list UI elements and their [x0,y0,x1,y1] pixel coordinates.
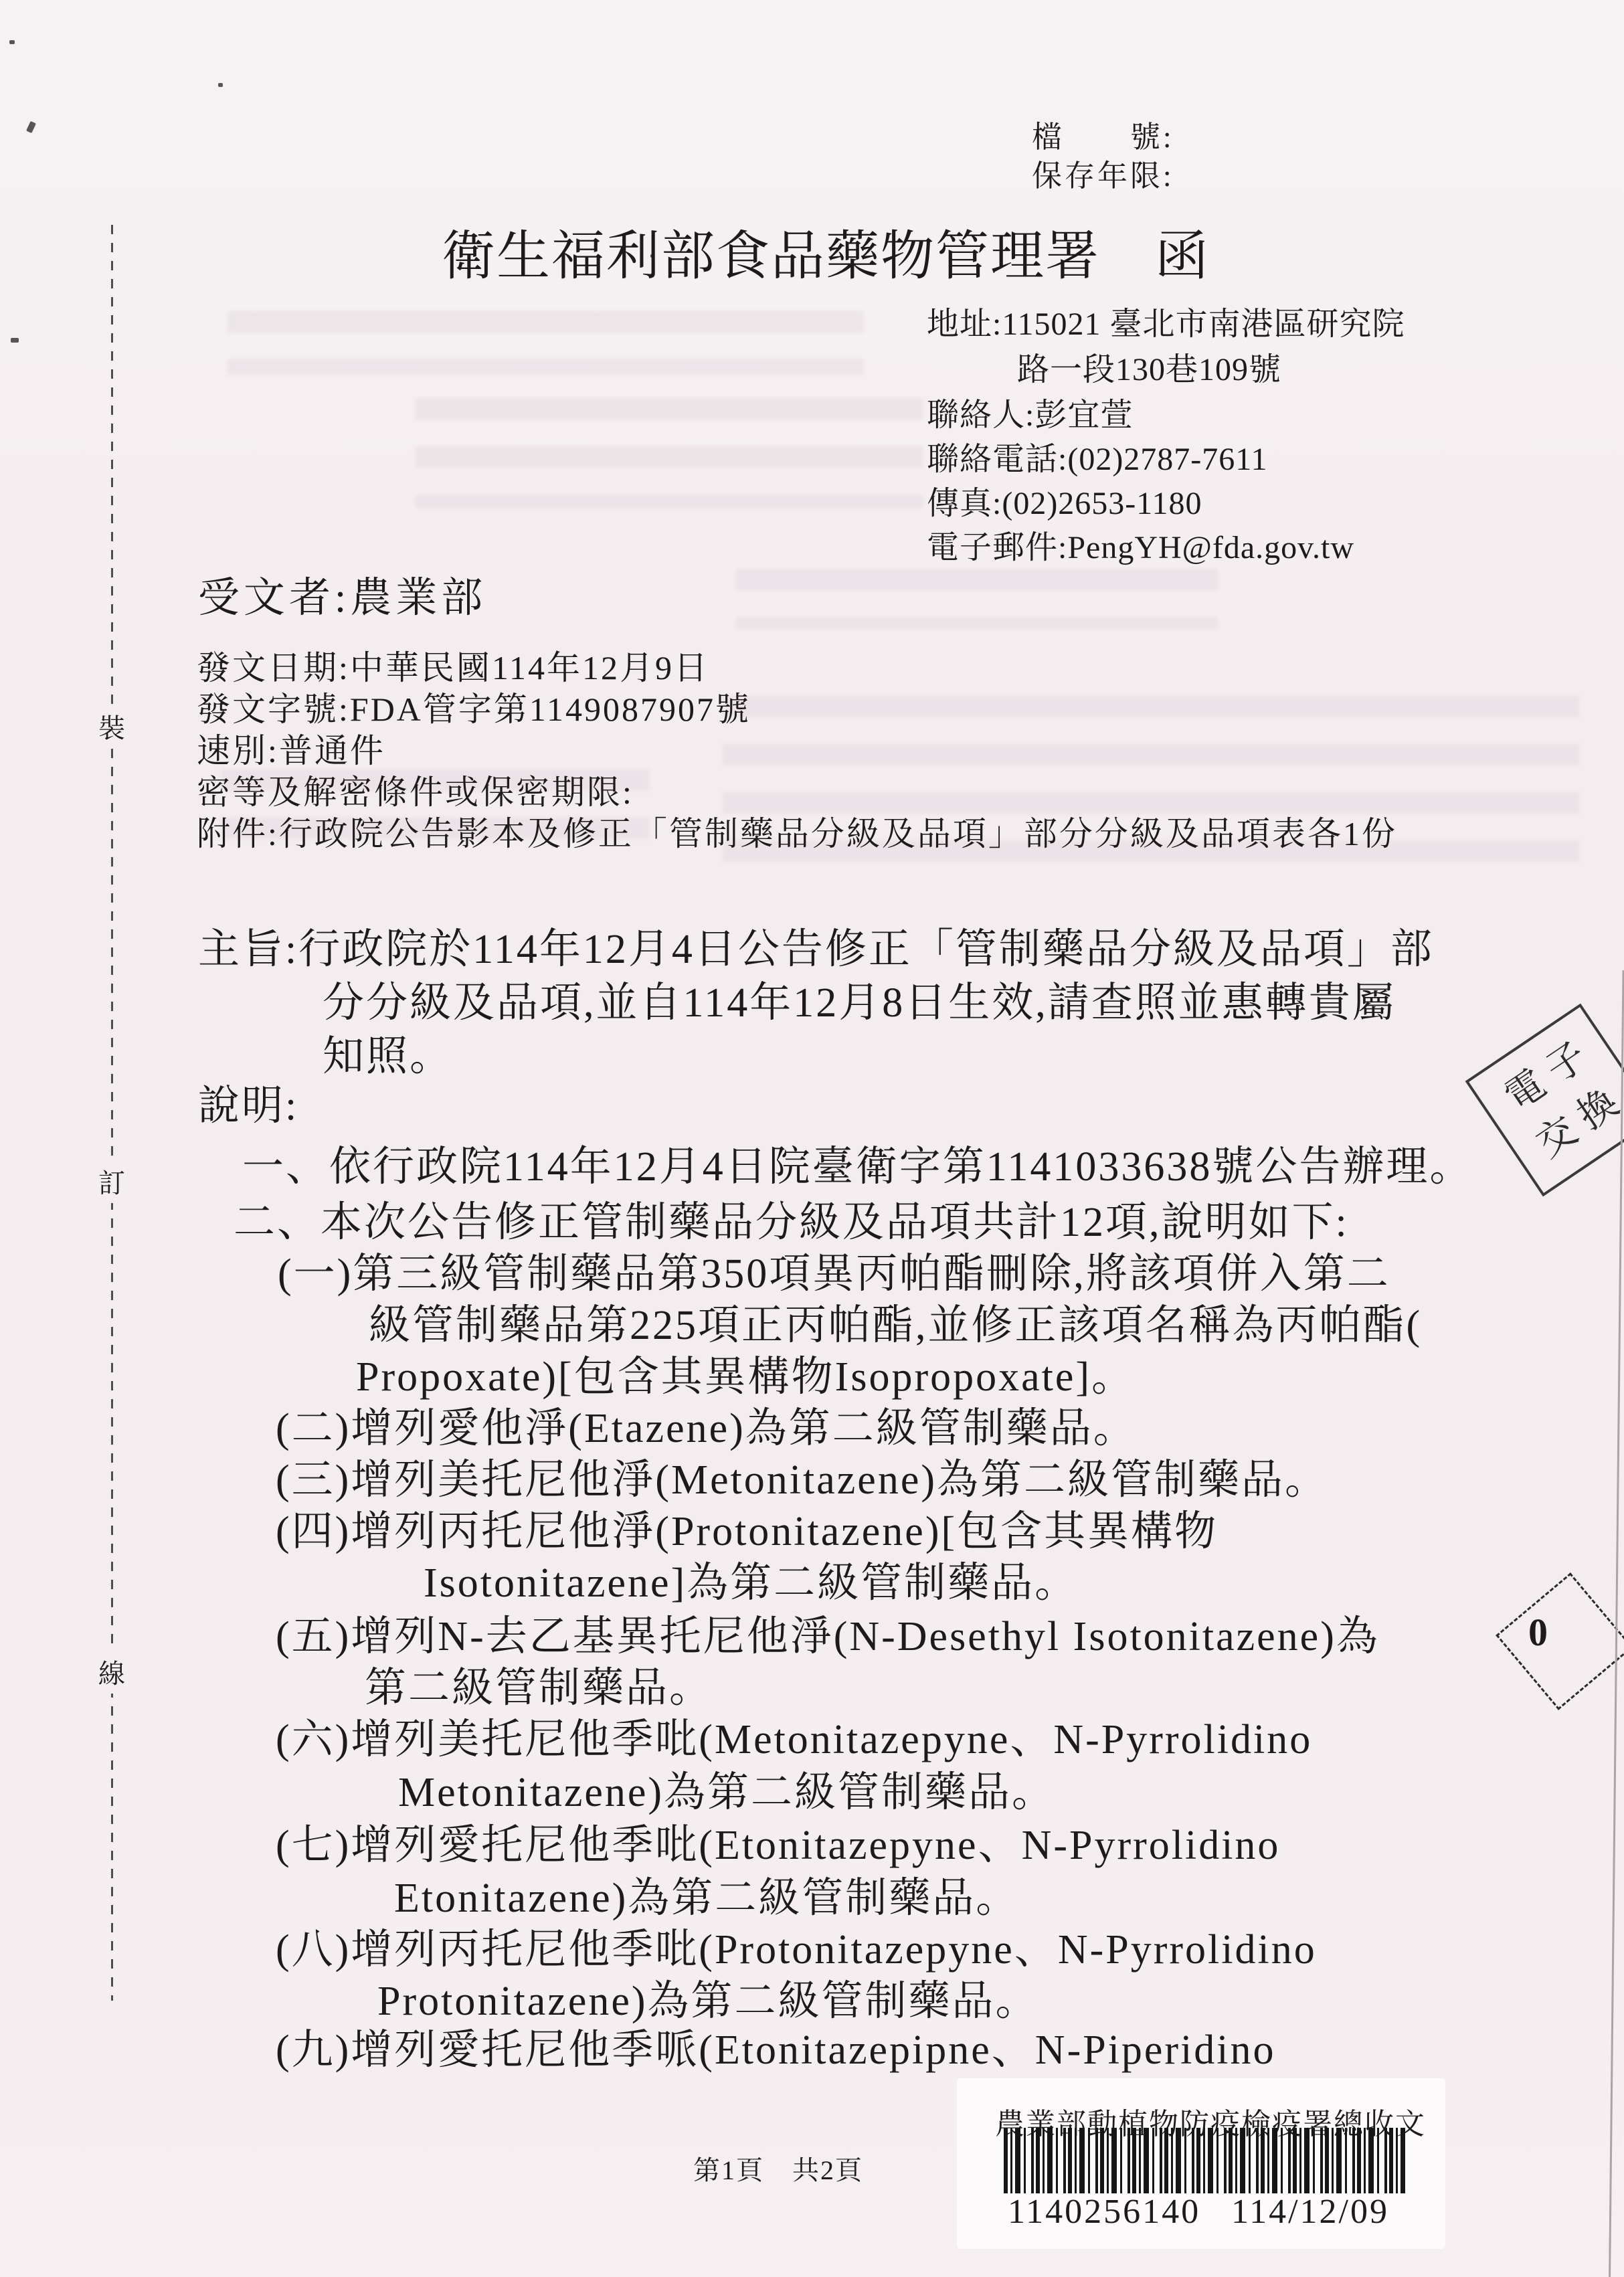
bleed-through-ghost [736,569,1218,629]
file-number-label: 檔 號: [1032,112,1174,156]
body-line: (八)增列丙托尼他季吡(Protonitazepyne、N-Pyrrolidin… [276,1916,1317,1975]
paper-speck [9,40,15,44]
body-line: 一、依行政院114年12月4日院臺衛字第1141033638號公告辦理。 [242,1133,1473,1192]
body-line: (九)增列愛托尼他季哌(Etonitazepipne、N-Piperidino [276,2016,1276,2076]
address-line-2: 路一段130巷109號 [1017,343,1281,389]
paper-speck [11,338,19,343]
subject-line-2: 分分級及品項,並自114年12月8日生效,請查照並惠轉貴屬 [323,969,1396,1028]
binding-dashed-line [111,225,113,2001]
paper-speck [218,83,223,87]
body-line: (三)增列美托尼他淨(Metonitazene)為第二級管制藥品。 [276,1446,1328,1506]
body-line: Propoxate)[包含其異構物Isopropoxate]。 [356,1343,1135,1402]
paper-speck [26,121,36,133]
receipt-number: 1140256140 [1008,2192,1200,2232]
subject-line-1: 主旨:行政院於114年12月4日公告修正「管制藥品分級及品項」部 [198,915,1434,975]
document-title: 衛生福利部食品藥物管理署 函 [442,213,1210,290]
body-line: (五)增列N-去乙基異托尼他淨(N-Desethyl Isotonitazene… [276,1603,1380,1662]
binding-mark-xian: 線 [96,1650,127,1694]
binding-mark-ding: 訂 [96,1160,127,1203]
body-line: Etonitazene)為第二級管制藥品。 [394,1864,1019,1924]
body-line: Isotonitazene]為第二級管制藥品。 [424,1549,1078,1609]
address-line-1: 地址:115021 臺北市南港區研究院 [927,298,1405,344]
contact-email: 電子郵件:PengYH@fda.gov.tw [927,521,1354,567]
body-line: (四)增列丙托尼他淨(Protonitazene)[包含其異構物 [276,1497,1218,1557]
electronic-exchange-stamp: 電子 交換 [1465,1004,1624,1197]
contact-phone: 聯絡電話:(02)2787-7611 [927,433,1268,479]
binding-mark-zhuang: 裝 [96,705,127,748]
body-line: (一)第三級管制藥品第350項異丙帕酯刪除,將該項併入第二 [278,1240,1390,1299]
recipient-line: 受文者:農業部 [198,564,486,624]
attachment-line: 附件:行政院公告影本及修正「管制藥品分級及品項」部分分級及品項表各1份 [197,807,1397,855]
bleed-through-ghost [228,311,863,375]
body-line: 級管制藥品第225項正丙帕酯,並修正該項名稱為丙帕酯( [369,1291,1422,1351]
edge-mark-zero: 0 [1528,1610,1548,1655]
receipt-date: 114/12/09 [1231,2192,1389,2232]
contact-person: 聯絡人:彭宜萱 [927,389,1133,435]
subject-line-3: 知照。 [323,1022,453,1082]
explanation-heading: 說明: [198,1072,298,1131]
retention-period-label: 保存年限: [1032,151,1174,195]
receipt-barcode [1004,2128,1405,2193]
page-footer: 第1頁 共2頁 [693,2149,863,2187]
scanned-official-letter: 裝 訂 線 檔 號: 保存年限: 衛生福利部食品藥物管理署 函 地址:11502… [0,0,1624,2277]
body-line: 二、本次公告修正管制藥品分級及品項共計12項,說明如下: [234,1188,1349,1248]
body-line: Metonitazene)為第二級管制藥品。 [398,1758,1055,1818]
body-line: (二)增列愛他淨(Etazene)為第二級管制藥品。 [276,1394,1137,1454]
bleed-through-ghost [415,398,923,509]
body-line: 第二級管制藥品。 [365,1654,713,1714]
edge-registration-mark [1496,1572,1624,1710]
contact-fax: 傳真:(02)2653-1180 [927,477,1202,523]
body-line: (七)增列愛托尼他季吡(Etonitazepyne、N-Pyrrolidino [276,1811,1280,1871]
body-line: (六)增列美托尼他季吡(Metonitazepyne、N-Pyrrolidino [276,1706,1312,1765]
